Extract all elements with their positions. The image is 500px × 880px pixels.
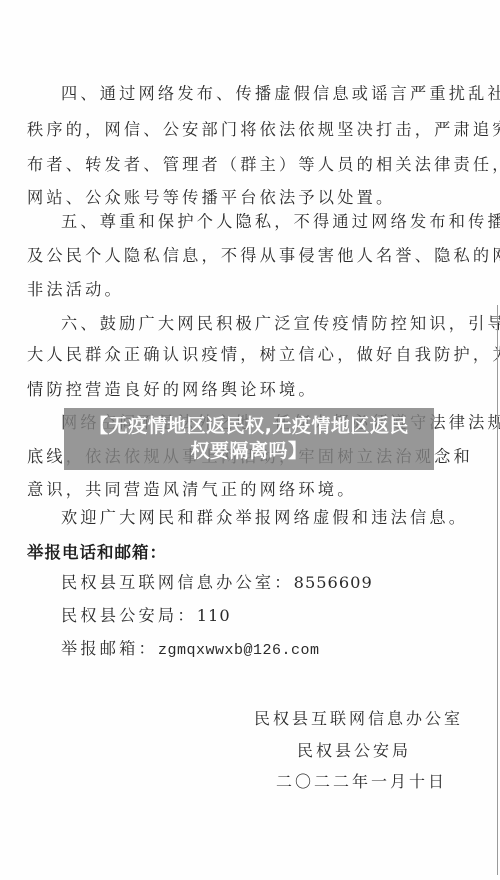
paragraph-4-line-4: 网站、公众账号等传播平台依法予以处置。 xyxy=(27,188,473,208)
paragraph-6-line-1: 六、鼓励广大网民积极广泛宣传疫情防控知识，引导广 xyxy=(61,314,473,334)
signature-org-1: 民权县互联网信息办公室 xyxy=(254,709,463,729)
contact-phone: 110 xyxy=(197,606,231,625)
contact-item-cyberspace-office: 民权县互联网信息办公室：8556609 xyxy=(61,573,473,593)
contact-label: 举报邮箱： xyxy=(61,639,158,658)
paragraph-4-line-1: 四、通过网络发布、传播虚假信息或谣言严重扰乱社会 xyxy=(61,84,473,104)
paragraph-8-line-1: 欢迎广大网民和群众举报网络虚假和违法信息。 xyxy=(61,508,473,528)
contacts-heading: 举报电话和邮箱： xyxy=(27,543,167,563)
paragraph-6-line-2: 大人民群众正确认识疫情，树立信心，做好自我防护，为疫 xyxy=(27,345,473,365)
contact-label: 民权县互联网信息办公室： xyxy=(61,573,294,592)
overlay-title: 【无疫情地区返民权,无疫情地区返民权要隔离吗】 xyxy=(84,414,414,464)
paragraph-4-line-3: 布者、转发者、管理者（群主）等人员的相关法律责任，对 xyxy=(27,155,473,175)
signature-date: 二〇二二年一月十日 xyxy=(276,772,447,792)
paragraph-5-line-1: 五、尊重和保护个人隐私，不得通过网络发布和传播涉 xyxy=(61,212,473,232)
signature-org-2: 民权县公安局 xyxy=(297,741,411,761)
paragraph-4-line-2: 秩序的，网信、公安部门将依法依规坚决打击，严肃追究发 xyxy=(27,120,473,140)
paragraph-5-line-2: 及公民个人隐私信息，不得从事侵害他人名誉、隐私的网络 xyxy=(27,246,473,266)
paragraph-6-line-3: 情防控营造良好的网络舆论环境。 xyxy=(27,380,473,400)
contact-label: 民权县公安局： xyxy=(61,606,197,625)
paragraph-7-line-3: 意识，共同营造风清气正的网络环境。 xyxy=(27,480,473,500)
contact-email: zgmqxwwxb@126.com xyxy=(158,642,320,659)
scan-edge-divider xyxy=(497,305,498,875)
paragraph-5-line-3: 非法活动。 xyxy=(27,280,473,300)
contact-item-public-security: 民权县公安局：110 xyxy=(61,606,473,626)
contact-phone: 8556609 xyxy=(294,573,373,592)
contact-item-email: 举报邮箱：zgmqxwwxb@126.com xyxy=(61,639,473,661)
title-overlay-banner: 【无疫情地区返民权,无疫情地区返民权要隔离吗】 xyxy=(64,408,434,470)
